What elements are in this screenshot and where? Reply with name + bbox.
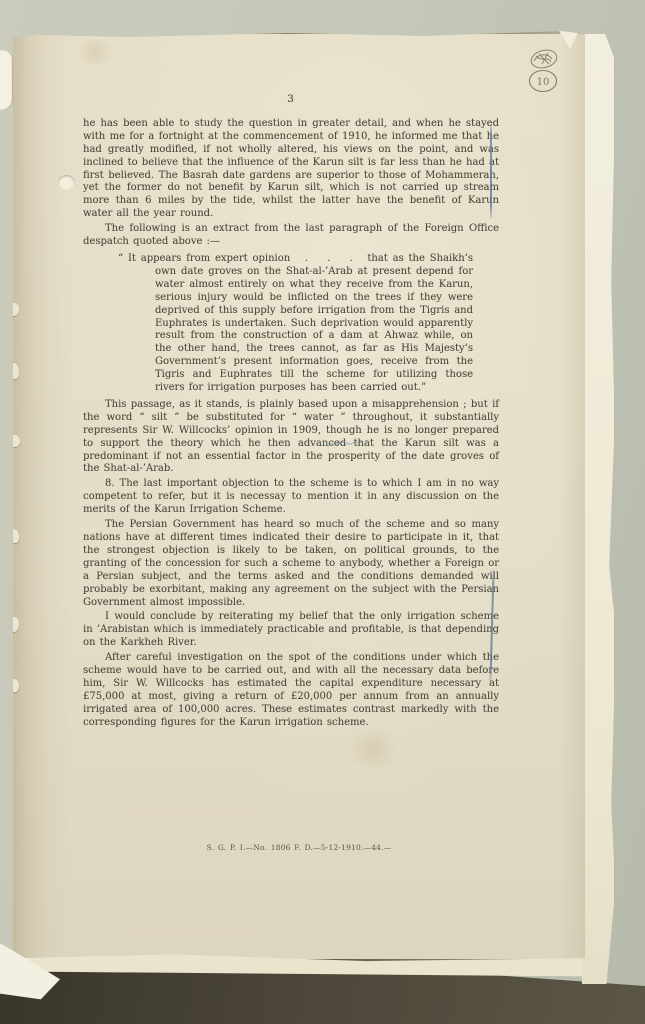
paragraph: The Persian Government has heard so much… [83, 519, 499, 609]
underlying-page-right-edge [582, 34, 616, 984]
paragraph: This passage, as it stands, is plainly b… [83, 399, 499, 476]
punch-hole [58, 175, 75, 190]
quoted-extract: “ It appears from expert opinion . . . t… [155, 253, 473, 395]
document-page: 3 he has been able to study the question… [13, 31, 585, 962]
printer-imprint: S. G. P. I.—No. 1806 F. D.—5-12-1910.—44… [13, 843, 585, 852]
paragraph: 8. The last important objection to the s… [83, 478, 499, 517]
faint-blue-scribble [325, 437, 363, 451]
paragraph: I would conclude by reiterating my belie… [83, 611, 499, 650]
pencil-scribble-mark [529, 48, 558, 71]
paragraph: The following is an extract from the las… [83, 223, 499, 249]
paper-stain [343, 731, 403, 767]
blue-margin-line [490, 124, 492, 219]
page-number: 3 [83, 93, 499, 106]
paragraph: After careful investigation on the spot … [83, 652, 499, 729]
paragraph: he has been able to study the question i… [83, 118, 499, 221]
previous-page-corner [0, 50, 13, 110]
paper-stain [73, 39, 117, 65]
pencil-annotations: 10 [518, 43, 574, 127]
circled-number-value: 10 [537, 77, 550, 88]
printed-text-block: 3 he has been able to study the question… [83, 93, 499, 732]
scanned-book-photo: 3 he has been able to study the question… [0, 0, 645, 1024]
